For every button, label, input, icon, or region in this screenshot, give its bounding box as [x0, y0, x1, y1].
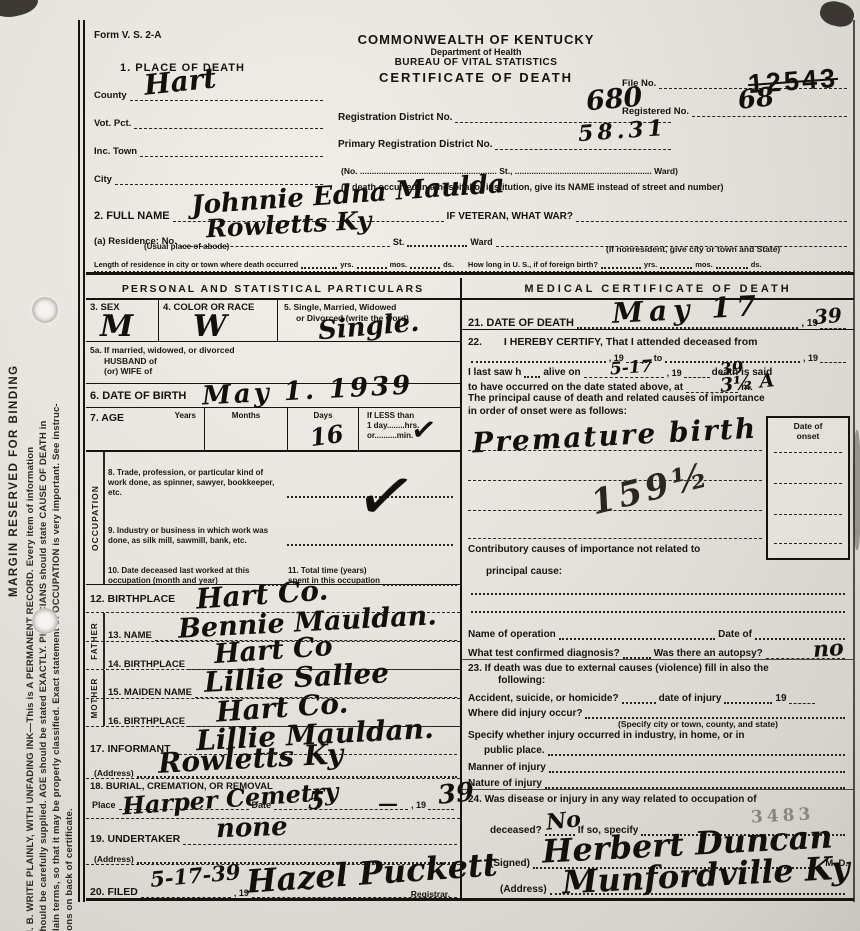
date-of-onset-box: Date of onset [766, 416, 850, 560]
department-line: Department of Health [326, 47, 626, 57]
year19-b: , 19 [803, 353, 818, 363]
date-of-death-row: 21. DATE OF DEATH , 19 May 17 39 [462, 300, 854, 330]
age-days-value: 16 [308, 422, 344, 450]
sex-race-marital-row: 3. SEX M 4. COLOR OR RACE W 5. Single, M… [86, 300, 460, 342]
accident-label: Accident, suicide, or homicide? [468, 693, 619, 704]
occurred-text: to have occurred on the date stated abov… [468, 382, 683, 393]
mos-label: mos. [695, 260, 713, 269]
operation-row: Name of operation Date of [462, 620, 854, 640]
physician-address-row: (Address) Munfordville Ky [462, 869, 854, 895]
vot-pct-row: Vot. Pct. [94, 118, 326, 129]
sex-value: M [100, 312, 133, 342]
vot-pct-label: Vot. Pct. [94, 118, 131, 129]
birthplace-label: 12. BIRTHPLACE [86, 585, 175, 605]
nature-label: Nature of injury [468, 778, 542, 789]
item23-text-1: 23. If death was due to external causes … [468, 663, 848, 675]
contributory-text-1: Contributory causes of importance not re… [468, 544, 700, 555]
margin-note-line: should be carefully supplied. AGE should… [38, 420, 49, 931]
father-birthplace-label: 14. BIRTHPLACE [108, 659, 185, 670]
industry-label: 9. Industry or business in which work wa… [108, 526, 284, 546]
test-label: What test confirmed diagnosis? [468, 648, 620, 659]
specify-city-note: (Specify city or town, county, and state… [468, 719, 848, 730]
margin-note-line: plain terms, so that it may be properly … [51, 403, 62, 931]
yrs-label: yrs. [340, 260, 353, 269]
filed-row: 20. FILED , 19 5-17-39 Hazel Puckett Reg… [86, 865, 460, 898]
last-saw-value: 5-17 [609, 359, 653, 379]
personal-particulars-column: PERSONAL AND STATISTICAL PARTICULARS 3. … [86, 278, 460, 898]
contributory-block: principal cause: [462, 566, 854, 620]
occupation-checkmark: ✓ [350, 455, 422, 536]
left-double-rule [78, 20, 80, 902]
color-race-value: W [193, 312, 227, 342]
marital-value: Single. [317, 310, 420, 345]
certificate-sheet: Form V. S. 2-A COMMONWEALTH OF KENTUCKY … [86, 20, 854, 902]
filed-label: 20. FILED [90, 886, 138, 898]
foreign-birth-label: How long in U. S., if of foreign birth? [468, 260, 598, 269]
physician-address-label: (Address) [500, 884, 547, 895]
mother-side-label: MOTHER [90, 672, 99, 724]
informant-address-row: (Address) Rowletts Ky [86, 755, 460, 779]
father-side-label: FATHER [90, 615, 99, 667]
item22-number: 22. [468, 337, 482, 348]
last-saw-pre: I last saw h [468, 367, 521, 378]
personal-section-title: PERSONAL AND STATISTICAL PARTICULARS [86, 278, 460, 300]
primary-district-value: 58.31 [577, 117, 667, 145]
informant-address-value: Rowletts Ky [157, 740, 343, 778]
dod-label: 21. DATE OF DEATH [468, 317, 574, 329]
autopsy-row: What test confirmed diagnosis? Was there… [462, 640, 854, 660]
county-value: Hart [143, 64, 218, 99]
undertaker-row: 19. UNDERTAKER none [86, 819, 460, 845]
dod-value: May 17 [611, 292, 762, 328]
item24-text: 24. Was disease or injury in any way rel… [468, 794, 848, 805]
less-than-line2: 1 day........hrs. [359, 421, 460, 431]
less-than-checkmark: ✓ [409, 414, 438, 447]
certificate-title: CERTIFICATE OF DEATH [326, 70, 626, 85]
death-certificate-scan: MARGIN RESERVED FOR BINDING N. B. WRITE … [0, 0, 860, 931]
where-injury-label: Where did injury occur? [468, 708, 582, 719]
marital-label-1: 5. Single, Married, Widowed [278, 300, 460, 313]
maiden-name-label: 15. MAIDEN NAME [108, 687, 192, 698]
primary-district-label: Primary Registration District No. [338, 139, 492, 150]
to-word: to [654, 353, 663, 363]
age-days-label: Days [288, 408, 358, 420]
left-double-rule [83, 20, 85, 902]
undertaker-value: none [216, 814, 289, 842]
principal-cause-text-1: The principal cause of death and related… [468, 393, 848, 406]
county-label: County [94, 90, 127, 101]
registration-district-label: Registration District No. [338, 112, 452, 123]
nature-of-injury-row: Nature of injury [462, 773, 854, 790]
burial-year-value: 39 [437, 779, 476, 809]
onset-label-line1: Date of [768, 418, 848, 431]
ds-label: ds. [751, 260, 762, 269]
margin-note-line: tions on back of certificate. [64, 808, 75, 931]
veteran-label: IF VETERAN, WHAT WAR? [447, 211, 573, 222]
certify-block: 22. I HEREBY CERTIFY, That I attended de… [462, 330, 854, 416]
full-name-label: 2. FULL NAME [94, 210, 170, 222]
specify-text-2: public place. [468, 745, 545, 756]
form-number: Form V. S. 2-A [94, 30, 161, 41]
registrar-label: Registrar. [411, 889, 450, 899]
married-note-1: 5a. If married, widowed, or divorced [90, 345, 460, 356]
punch-hole [32, 297, 58, 323]
commonwealth-title: COMMONWEALTH OF KENTUCKY [326, 32, 626, 47]
specify-text-1: Specify whether injury occurred in indus… [468, 730, 848, 742]
bureau-line: BUREAU OF VITAL STATISTICS [326, 57, 626, 68]
agency-header: COMMONWEALTH OF KENTUCKY Department of H… [326, 32, 626, 85]
burial-date-value: 5 [308, 789, 325, 813]
dob-row: 6. DATE OF BIRTH May 1. 1939 [86, 384, 460, 408]
operation-date-label: Date of [718, 629, 752, 640]
manner-label: Manner of injury [468, 762, 546, 773]
deceased-label: deceased? [490, 825, 542, 836]
undertaker-label: 19. UNDERTAKER [90, 833, 180, 845]
medical-certificate-column: MEDICAL CERTIFICATE OF DEATH 21. DATE OF… [460, 278, 854, 898]
registered-no-value: 68 [737, 84, 776, 114]
inc-town-label: Inc. Town [94, 146, 137, 157]
scan-smudge [0, 0, 40, 20]
undertaker-address-label: (Address) [94, 854, 134, 864]
st-label: St. [393, 237, 405, 247]
certify-text: I HEREBY CERTIFY, That I attended deceas… [504, 336, 758, 348]
informant-address-label: (Address) [94, 768, 134, 778]
item23-text-2: following: [468, 675, 848, 687]
side-divider-line [103, 613, 105, 669]
city-label: City [94, 174, 112, 185]
occupation-group: OCCUPATION 8. Trade, profession, or part… [86, 452, 460, 585]
ward-label: Ward [470, 237, 492, 247]
abode-note: (Usual place of abode) [144, 242, 229, 251]
dod-year-value: 39 [813, 305, 842, 327]
burial-place-label: Place [92, 800, 116, 810]
yrs-label: yrs. [644, 260, 657, 269]
registration-district-value: 680 [585, 84, 644, 116]
last-saw-year-prefix: , 19 [667, 368, 682, 378]
dob-label: 6. DATE OF BIRTH [86, 384, 186, 402]
burial-year-prefix: , 19 [411, 800, 426, 810]
nonresident-note: (If nonresident, give city or town and S… [606, 244, 780, 254]
external-causes-block: 23. If death was due to external causes … [462, 660, 854, 756]
autopsy-value: no [813, 637, 845, 661]
last-saw-mid: alive on [543, 367, 580, 378]
side-divider-line [103, 670, 105, 726]
contributory-text-2: principal cause: [468, 566, 848, 577]
trade-label: 8. Trade, profession, or particular kind… [108, 468, 284, 498]
length-label: Length of residence in city or town wher… [94, 260, 298, 269]
injury-19: 19 [775, 693, 786, 704]
father-name-label: 13. NAME [108, 630, 152, 641]
age-row: 7. AGE Years Months Days 16 If LESS than… [86, 408, 460, 452]
cause-of-death-area: Premature birth 159½ Date of onset Contr… [462, 416, 854, 566]
autopsy-label: Was there an autopsy? [654, 648, 763, 659]
cause-of-death-value: Premature birth [471, 415, 757, 458]
age-years-label: Years [175, 411, 196, 420]
married-note-2: HUSBAND of [90, 356, 460, 367]
occupation-side-label: OCCUPATION [90, 456, 100, 580]
mos-label: mos. [390, 260, 408, 269]
less-than-line1: If LESS than [359, 408, 460, 421]
margin-binding-text: MARGIN RESERVED FOR BINDING [8, 364, 20, 597]
inc-town-row: Inc. Town [94, 146, 326, 157]
age-label: 7. AGE [86, 410, 124, 424]
onset-label-line2: onset [768, 431, 848, 441]
section-divider [86, 272, 854, 275]
occurred-value: 3½ A [719, 371, 775, 396]
injury-date-label: date of injury [659, 693, 722, 704]
filed-date-value: 5-17-39 [149, 861, 241, 890]
operation-label: Name of operation [468, 629, 556, 640]
punch-hole [32, 608, 58, 634]
manner-of-injury-row: Manner of injury [462, 756, 854, 773]
margin-note-line: N. B. WRITE PLAINLY, WITH UNFADING INK—T… [25, 447, 36, 931]
side-divider-line [103, 452, 105, 584]
ds-label: ds. [443, 260, 454, 269]
mother-birthplace-label: 16. BIRTHPLACE [108, 716, 185, 727]
burial-date-dash: — [378, 793, 398, 813]
